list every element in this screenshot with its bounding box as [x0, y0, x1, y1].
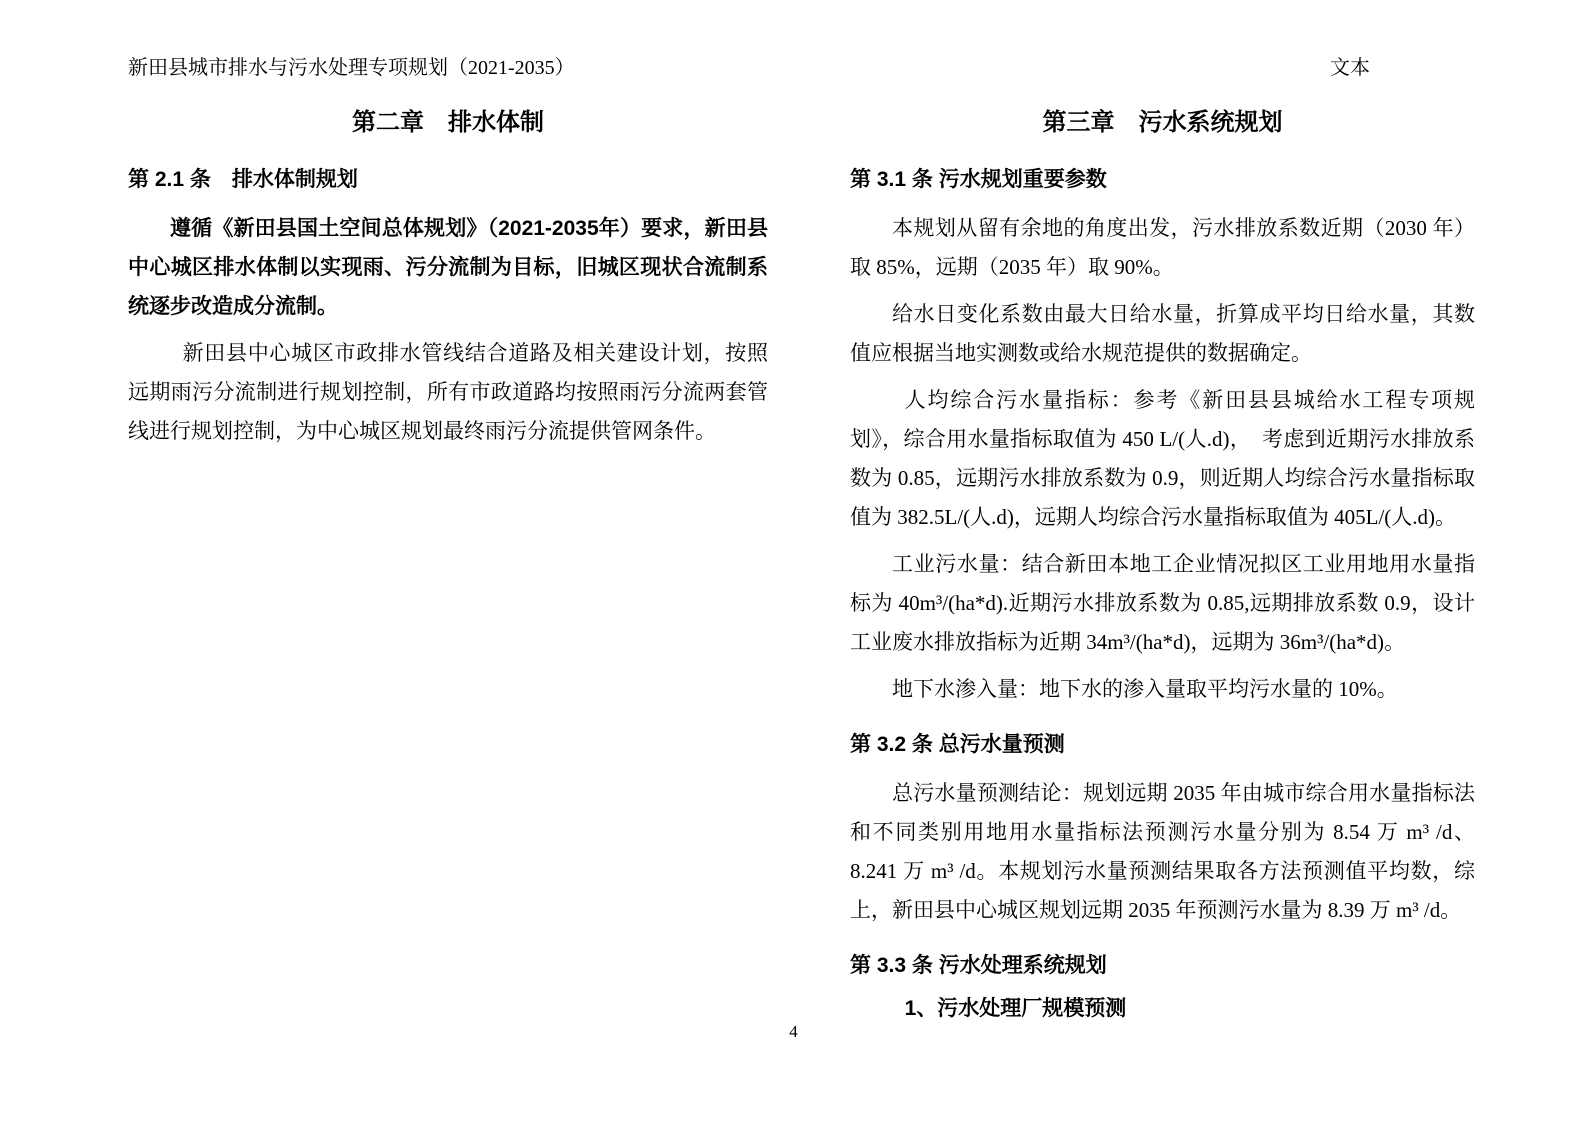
- paragraph-daily-variation-coefficient: 给水日变化系数由最大日给水量，折算成平均日给水量，其数值应根据当地实测数或给水规…: [850, 295, 1475, 373]
- subsection-1-heading: 1、污水处理厂规模预测: [850, 995, 1475, 1022]
- paragraph-discharge-coefficient: 本规划从留有余地的角度出发，污水排放系数近期（2030 年）取 85%，远期（2…: [850, 209, 1475, 287]
- page-left: 新田县城市排水与污水处理专项规划（2021-2035） 第二章 排水体制 第 2…: [128, 55, 768, 451]
- section-3-3-heading: 第 3.3 条 污水处理系统规划: [850, 952, 1475, 979]
- paragraph-industrial-sewage: 工业污水量：结合新田本地工企业情况拟区工业用地用水量指标为 40m³/(ha*d…: [850, 545, 1475, 662]
- section-3-1-heading: 第 3.1 条 污水规划重要参数: [850, 166, 1475, 193]
- paragraph-groundwater-infiltration: 地下水渗入量：地下水的渗入量取平均污水量的 10%。: [850, 670, 1475, 709]
- running-header-left: 新田县城市排水与污水处理专项规划（2021-2035）: [128, 55, 768, 81]
- document-spread: 新田县城市排水与污水处理专项规划（2021-2035） 第二章 排水体制 第 2…: [0, 0, 1587, 1122]
- paragraph-drainage-system-goal: 遵循《新田县国土空间总体规划》（2021-2035年）要求，新田县中心城区排水体…: [128, 209, 768, 326]
- chapter-2-title: 第二章 排水体制: [128, 107, 768, 138]
- running-header-right: 文本: [850, 55, 1475, 81]
- paragraph-drainage-pipeline-control: 新田县中心城区市政排水管线结合道路及相关建设计划，按照远期雨污分流制进行规划控制…: [128, 334, 768, 451]
- chapter-3-title: 第三章 污水系统规划: [850, 107, 1475, 138]
- paragraph-total-sewage-forecast: 总污水量预测结论：规划远期 2035 年由城市综合用水量指标法和不同类别用地用水…: [850, 774, 1475, 930]
- page-right: 文本 第三章 污水系统规划 第 3.1 条 污水规划重要参数 本规划从留有余地的…: [850, 55, 1475, 1022]
- section-3-2-heading: 第 3.2 条 总污水量预测: [850, 731, 1475, 758]
- page-number: 4: [0, 1022, 1587, 1042]
- section-2-1-heading: 第 2.1 条 排水体制规划: [128, 166, 768, 193]
- paragraph-per-capita-sewage-index: 人均综合污水量指标：参考《新田县县城给水工程专项规划》，综合用水量指标取值为 4…: [850, 381, 1475, 537]
